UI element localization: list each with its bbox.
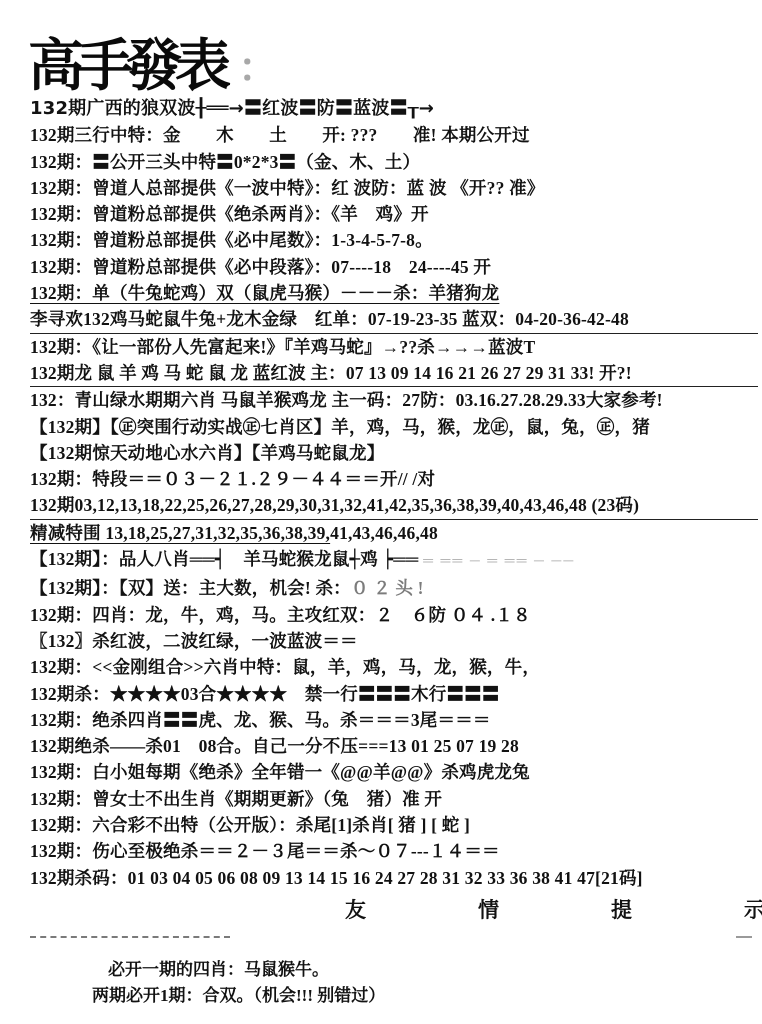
footer-note-sum-even: 两期必开1期：合双。（机会!!! 别错过）	[92, 981, 385, 1006]
odd-even-kill-text: 132期：单（牛兔蛇鸡）双（鼠虎马猴）－－－杀：羊猪狗龙	[30, 283, 499, 303]
text-line-reduced-special-ring: 精减特围 13,18,25,27,31,32,35,36,38,39,41,43…	[30, 520, 758, 546]
double-send-text: 【132期】：【双】送：主大数，机会! 杀：	[30, 578, 351, 598]
text-line-one-wave-special: 132期：曾道人总部提供《一波中特》：红 波防：蓝 波 《开?? 准》	[30, 175, 758, 201]
double-send-faded-tail: ０ ２ 头 !	[351, 578, 424, 598]
text-line-get-rich-first: 132期：《让一部份人先富起来!》『羊鸡马蛇』→??杀→→→蓝波T	[30, 334, 758, 360]
text-line-heartbroken-kill: 132期：伤心至极绝杀＝＝２－３尾＝＝杀～０７---１４＝＝	[30, 838, 758, 864]
blue-red-main-text: 132期龙 鼠 羊 鸡 马 蛇 鼠 龙 蓝红波 主：07 13 09 14 16…	[30, 363, 632, 383]
text-line-kill-two-zodiac: 132期：曾道粉总部提供《绝杀两肖》：《羊 鸡》开	[30, 201, 758, 227]
reduced-ring-tail: 41,43,46,46,48	[330, 523, 438, 543]
text-line-qingshan-six-zodiac: 132：青山绿水期期六肖 马鼠羊猴鸡龙 主一码：27防：03.16.27.28.…	[30, 387, 758, 413]
right-edge-dash	[736, 936, 752, 938]
title-colon-mark: ：	[238, 36, 278, 93]
text-line-diamond-combo: 132期：<<金刚组合>>六肖中特：鼠，羊，鸡，马，龙，猴，牛，	[30, 654, 758, 680]
text-line-must-hit-tails: 132期：曾道粉总部提供《必中尾数》：1-3-4-5-7-8。	[30, 227, 758, 253]
text-line-odd-even-kill: 132期：单（牛兔蛇鸡）双（鼠虎马猴）－－－杀：羊猪狗龙	[30, 280, 758, 306]
dashed-divider	[30, 936, 230, 938]
text-line-absolute-kill: 132期绝杀——杀01 08合。自己一分不压===13 01 25 07 19 …	[30, 733, 758, 759]
text-line-shocking-six-zodiac: 【132期惊天动地心水六肖】【羊鸡马蛇鼠龙】	[30, 440, 758, 466]
text-line-four-zodiac-red-double: 132期：四肖：龙，牛，鸡，马。主攻红双：２ ６防 ０４ .１８	[30, 602, 758, 628]
tips-lines: 132期广西的狼双波╂══→〓红波〓防〓蓝波〓┰→ 132期三行中特：金 木 土…	[30, 96, 758, 891]
text-line-breakout-seven-zone: 【132期】【㊣突围行动实战㊣七肖区】羊，鸡，马，猴，龙㊣，鼠，兔，㊣，猪	[30, 414, 758, 440]
codes-23-text: 132期03,12,13,18,22,25,26,27,28,29,30,31,…	[30, 495, 639, 515]
text-line-special-segment: 132期：特段＝＝０３－２１.２９－４４＝＝开// /对	[30, 466, 758, 492]
reduced-ring-underlined: 精减特围 13,18,25,27,31,32,35,36,38,39,	[30, 523, 330, 543]
eight-zodiac-text: 【132期】：品人八肖══┥ 羊马蛇猴龙鼠┽鸡 ┝══	[30, 549, 418, 569]
text-line-kill-four-zodiac: 132期：绝杀四肖〓〓虎、龙、猴、马。杀＝＝＝3尾＝＝＝	[30, 707, 758, 733]
text-line-kill-red-wave: 〖132〗杀红波，二波红绿，一波蓝波＝＝	[30, 628, 758, 654]
text-line-three-heads: 132期：〓公开三头中特〓0*2*3〓（金、木、土）	[30, 149, 758, 175]
page-title-text: 高手發表	[28, 34, 224, 99]
text-line-three-elements: 132期三行中特：金 木 土 开: ??? 准! 本期公开过	[30, 122, 758, 148]
text-line-lixunhuan: 李寻欢132鸡马蛇鼠牛兔+龙木金绿 红单：07-19-23-35 蓝双：04-2…	[30, 306, 758, 333]
text-line-double-send: 【132期】：【双】送：主大数，机会! 杀：０ ２ 头 !	[30, 575, 758, 601]
text-line-must-hit-range: 132期：曾道粉总部提供《必中段落》：07----18 24----45 开	[30, 254, 758, 280]
text-line-no-special-public: 132期：六合彩不出特（公开版）：杀尾[1]杀肖[ 猪 ] [ 蛇 ]	[30, 812, 758, 838]
text-line-eight-zodiac: 【132期】：品人八肖══┥ 羊马蛇猴龙鼠┽鸡 ┝══ ═ ══ ─ ═ ══ …	[30, 546, 758, 575]
footer-note-four-zodiac: 必开一期的四肖：马鼠猴牛。	[108, 955, 329, 980]
friendly-notice: 友情提示	[345, 894, 762, 924]
text-line-madam-zeng-no-show: 132期：曾女士不出生肖《期期更新》（兔 猪）准 开	[30, 786, 758, 812]
text-line-kill-codes-21: 132期杀码：01 03 04 05 06 08 09 13 14 15 16 …	[30, 865, 758, 891]
text-line-stars-forbid-row: 132期杀：★★★★03合★★★★ 禁一行〓〓〓木行〓〓〓	[30, 681, 758, 707]
text-line-miss-white-kill: 132期：白小姐每期《绝杀》全年错一《@@羊@@》杀鸡虎龙兔	[30, 759, 758, 785]
lixunhuan-text: 李寻欢132鸡马蛇鼠牛兔+龙木金绿 红单：07-19-23-35 蓝双：04-2…	[30, 309, 629, 329]
text-line-wave-header: 132期广西的狼双波╂══→〓红波〓防〓蓝波〓┰→	[30, 96, 758, 122]
eight-zodiac-smudge: ═ ══ ─ ═ ══ ─ ──	[423, 554, 575, 569]
lottery-tips-sheet: 高手發表： 132期广西的狼双波╂══→〓红波〓防〓蓝波〓┰→ 132期三行中特…	[0, 0, 762, 1024]
text-line-23-codes: 132期03,12,13,18,22,25,26,27,28,29,30,31,…	[30, 492, 758, 519]
text-line-blue-red-main: 132期龙 鼠 羊 鸡 马 蛇 鼠 龙 蓝红波 主：07 13 09 14 16…	[30, 360, 758, 387]
page-title: 高手發表：	[28, 22, 278, 102]
